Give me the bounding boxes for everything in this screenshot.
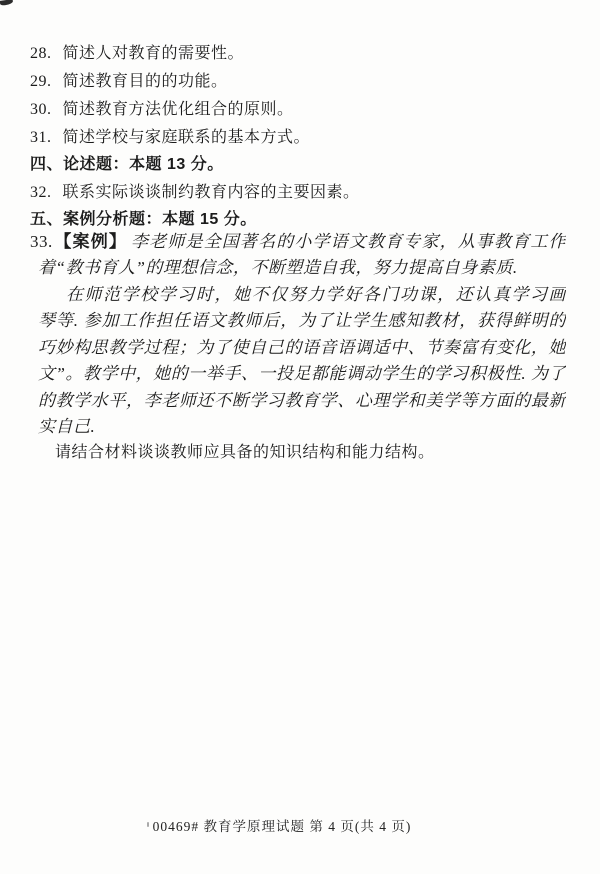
scan-smudge — [0, 0, 13, 6]
question-number: 31. — [30, 128, 52, 148]
question-28: 28.简述人对教育的需要性。 — [30, 44, 244, 64]
case-line-5: 巧妙构思教学过程；为了使自己的语音语调适中、节奏富有变化，她不断练习“范读课 — [38, 337, 566, 359]
case-line-8: 实自己. — [38, 416, 566, 438]
question-30: 30.简述教育方法优化组合的原则。 — [30, 100, 294, 120]
question-number: 30. — [30, 100, 52, 120]
question-text: 简述教育方法优化组合的原则。 — [63, 101, 294, 118]
case-line-4: 琴等. 参加工作担任语文教师后，为了让学生感知教材，获得鲜明的印象，她精读教材， — [38, 310, 566, 332]
question-number: 28. — [30, 44, 52, 64]
case-tag: 【案例】 — [54, 232, 127, 251]
page-footer: 00469# 教育学原理试题 第 4 页(共 4 页) — [0, 815, 564, 835]
case-prompt: 请结合材料谈谈教师应具备的知识结构和能力结构。 — [55, 443, 435, 463]
question-text: 简述学校与家庭联系的基本方式。 — [63, 129, 311, 146]
question-number: 29. — [30, 72, 52, 92]
case-line-1: 33.【案例】李老师是全国著名的小学语文教育专家，从事教育工作 40 余年，始终… — [30, 231, 566, 253]
question-number: 33. — [30, 232, 53, 251]
question-number: 32. — [30, 183, 52, 203]
question-text: 简述教育目的的功能。 — [63, 73, 228, 90]
question-text: 简述人对教育的需要性。 — [63, 45, 245, 62]
case-line-3: 在师范学校学习时，她不仅努力学好各门功课，还认真学习画画、写美术字、弹钢 — [38, 284, 566, 306]
case-line-7: 的教学水平，李老师还不断学习教育学、心理学和美学等方面的最新研究成果，不断充 — [38, 390, 566, 412]
question-29: 29.简述教育目的的功能。 — [30, 72, 228, 92]
question-31: 31.简述学校与家庭联系的基本方式。 — [30, 128, 310, 148]
section-5-heading: 五、案例分析题：本题 15 分。 — [30, 210, 257, 230]
question-text: 联系实际谈谈制约教育内容的主要因素。 — [63, 184, 360, 201]
section-4-heading: 四、论述题：本题 13 分。 — [30, 155, 224, 175]
case-line-2: 着“教书育人”的理想信念，不断塑造自我，努力提高自身素质. — [38, 257, 566, 279]
question-32: 32.联系实际谈谈制约教育内容的主要因素。 — [30, 183, 360, 203]
case-line-6: 文”。教学中，她的一举手、一投足都能调动学生的学习积极性. 为了进一步提高自己 — [38, 363, 566, 385]
exam-paper-page: 28.简述人对教育的需要性。 29.简述教育目的的功能。 30.简述教育方法优化… — [0, 0, 600, 874]
